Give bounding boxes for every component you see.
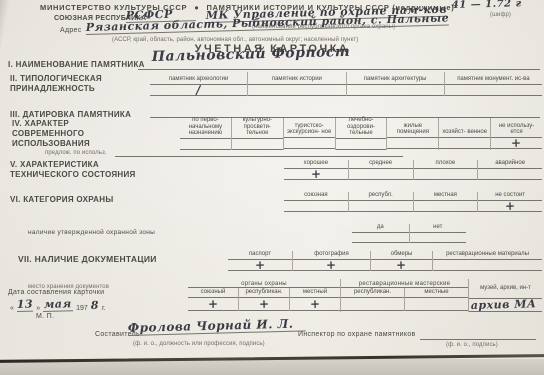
section6-label: VI. КАТЕГОРИЯ ОХРАНЫ <box>10 195 113 205</box>
doc-col-photo: фотография + <box>292 251 370 271</box>
storage-col-union: союзный + <box>188 288 238 311</box>
usage-table: по перво- начальному назначению культурн… <box>180 117 542 150</box>
category-col-republican: республ. <box>348 192 413 212</box>
section5-label-line2: ТЕХНИЧЕСКОГО СОСТОЯНИЯ <box>10 170 136 180</box>
workshop-col-local: местные <box>404 288 468 311</box>
inspector-caption: (ф. и. о., подпись) <box>446 342 498 348</box>
col-header: нет <box>410 224 467 233</box>
typology-col-archeology: памятник археологии / <box>150 72 247 96</box>
col-header: да <box>352 224 409 233</box>
col-header: туристско- экскурсион- ное <box>284 117 335 138</box>
col-header: плохое <box>414 160 478 169</box>
doc-col-passport: паспорт + <box>228 251 292 271</box>
storage-group-organs: органы охраны союзный + республикан. + м… <box>188 279 340 312</box>
usage-col-original: по перво- начальному назначению <box>180 117 231 150</box>
storage-col-local: местный + <box>289 288 340 311</box>
storage-group-workshops: реставрационные мастерские республикан. … <box>340 279 468 312</box>
compiler-signature-handwritten: Фролова Чорнай И. Л. <box>128 316 306 336</box>
zone-col-no: нет <box>409 224 467 243</box>
uchetnaya-kartochka-scan: МИНИСТЕРСТВО КУЛЬТУРЫ СССР ● ПАМЯТНИКИ И… <box>0 0 544 375</box>
condition-col-emergency: аварийное <box>477 160 542 180</box>
col-header: лечебно- оздорови- тельные <box>336 117 387 139</box>
section2-label-line1: II. ТИПОЛОГИЧЕСКАЯ <box>10 74 102 84</box>
col-header: среднее <box>349 160 413 169</box>
protection-zone-table: да нет <box>352 224 466 243</box>
section7-label: VII. НАЛИЧИЕ ДОКУМЕНТАЦИИ <box>18 254 157 265</box>
section4-label-line1: IV. ХАРАКТЕР <box>12 119 90 129</box>
open-quote: « <box>10 305 14 312</box>
storage-table: органы охраны союзный + республикан. + м… <box>188 279 542 312</box>
col-header: памятник истории <box>248 72 345 85</box>
col-header: памятник монумент. ис-ва <box>445 72 542 85</box>
col-header: союзная <box>284 192 348 201</box>
usage-col-housing: жилые помещения <box>386 117 438 150</box>
col-header: жилые помещения <box>387 117 438 138</box>
index-handwritten: 41 — 1.72 г <box>452 0 522 11</box>
col-header: реставрационные материалы <box>433 251 542 260</box>
col-header: республикан. <box>341 288 404 298</box>
typology-col-monumental-art: памятник монумент. ис-ва <box>444 72 542 96</box>
section4-label: IV. ХАРАКТЕР СОВРЕМЕННОГО ИСПОЛЬЗОВАНИЯ <box>12 119 90 149</box>
typology-col-history: памятник истории <box>247 72 345 96</box>
condition-col-medium: среднее <box>348 160 413 180</box>
col-header: республ. <box>349 192 413 201</box>
zone-col-yes: да <box>352 224 409 243</box>
storage-group-museum: музей, архив, ин-т архив МА <box>468 279 542 312</box>
month-handwritten: мая <box>43 297 73 312</box>
usage-col-economic: хозяйст- венное <box>438 117 490 150</box>
usage-col-cultural: культурно- просвети- тельное <box>231 117 283 150</box>
inspector-label: Инспектор по охране памятников <box>298 331 416 338</box>
section5-label-line1: V. ХАРАКТЕРИСТИКА <box>10 160 136 170</box>
protection-zone-label: наличие утвержденной охранной зоны <box>28 229 155 236</box>
day-handwritten: 13 <box>17 298 34 312</box>
compiler-caption: (ф. и. о., должность или профессия, подп… <box>133 341 265 347</box>
col-header: местная <box>414 192 478 201</box>
section4-label-line2: СОВРЕМЕННОГО <box>12 129 90 139</box>
col-header: местные <box>405 288 468 298</box>
usage-proposals-label: предлож. по использ. <box>45 150 107 156</box>
fill-line <box>420 339 536 340</box>
year-digit-handwritten: 8 <box>90 299 98 312</box>
fill-line <box>115 156 403 157</box>
doc-col-measurements: обмеры + <box>370 251 432 271</box>
col-header: по перво- начальному назначению <box>180 117 231 139</box>
typology-table: памятник археологии / памятник истории п… <box>150 72 542 96</box>
group-header: реставрационные мастерские <box>341 279 468 288</box>
col-header: хозяйст- венное <box>439 117 490 138</box>
documentation-table: паспорт + фотография + обмеры + реставра… <box>228 251 542 271</box>
seal-placeholder: М. П. <box>36 313 54 320</box>
protection-category-table: союзная республ. местная не состоит + <box>284 192 542 212</box>
group-header: органы охраны <box>188 279 340 288</box>
year-prefix: 197 <box>76 305 88 312</box>
index-caption: (шифр) <box>490 12 511 18</box>
usage-col-medical: лечебно- оздорови- тельные <box>335 117 387 150</box>
section2-label: II. ТИПОЛОГИЧЕСКАЯ ПРИНАДЛЕЖНОСТЬ <box>10 74 102 94</box>
usage-col-tourist: туристско- экскурсион- ное <box>283 117 335 150</box>
date-label: Дата составления карточки <box>8 289 104 296</box>
workshop-col-republican: республикан. <box>341 288 404 311</box>
usage-col-not-used: не использу- ется + <box>490 117 542 150</box>
condition-col-good: хорошее + <box>284 160 348 180</box>
address-label: Адрес <box>60 27 82 34</box>
col-header: памятник архитектуры <box>347 72 444 85</box>
section4-label-line3: ИСПОЛЬЗОВАНИЯ <box>12 139 90 149</box>
close-quote: » <box>36 305 40 312</box>
date-value: « 13 » мая 197 8 г. <box>10 298 106 312</box>
category-col-none: не состоит + <box>477 192 542 212</box>
category-col-union: союзная <box>284 192 348 212</box>
typology-col-architecture: памятник архитектуры <box>346 72 444 96</box>
archive-handwritten: архив МА <box>471 297 537 312</box>
condition-table: хорошее + среднее плохое аварийное <box>284 160 542 180</box>
doc-col-restoration: реставрационные материалы <box>432 251 542 271</box>
section5-label: V. ХАРАКТЕРИСТИКА ТЕХНИЧЕСКОГО СОСТОЯНИЯ <box>10 160 136 180</box>
group-header: музей, архив, ин-т <box>469 279 542 299</box>
section1-label: I. НАИМЕНОВАНИЕ ПАМЯТНИКА <box>8 60 145 70</box>
condition-col-bad: плохое <box>413 160 478 180</box>
category-col-local: местная <box>413 192 478 212</box>
fill-line <box>138 69 540 70</box>
col-header: культурно- просвети- тельное <box>232 117 283 139</box>
col-header: аварийное <box>478 160 542 169</box>
storage-col-republican: республикан. + <box>238 288 289 311</box>
year-suffix: г. <box>102 305 106 312</box>
section2-label-line2: ПРИНАДЛЕЖНОСТЬ <box>10 84 102 94</box>
